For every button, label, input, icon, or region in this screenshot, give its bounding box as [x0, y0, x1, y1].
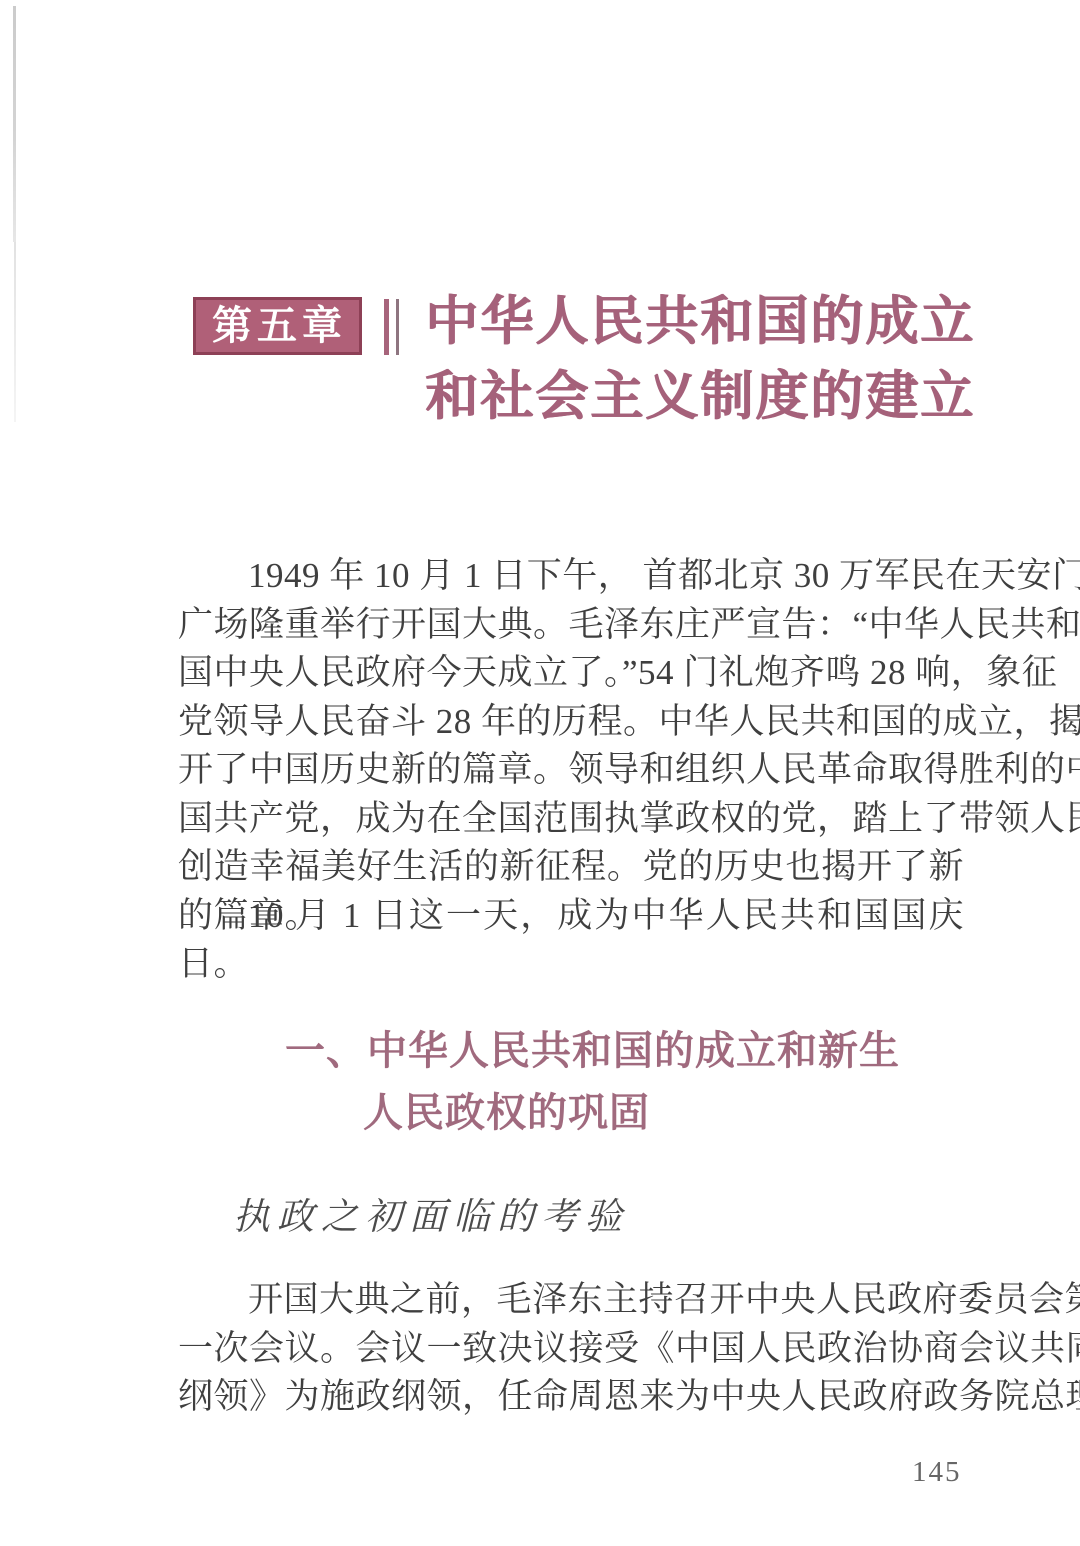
chapter-title-line2: 和社会主义制度的建立	[425, 360, 975, 435]
paragraph1-line: 国中央人民政府今天成立了。”54 门礼炮齐鸣 28 响，象征	[178, 649, 964, 698]
subsection-heading: 执政之初面临的考验	[233, 1186, 629, 1240]
page-number: 145	[912, 1456, 962, 1489]
section-heading-line2: 人民政权的巩固	[285, 1082, 900, 1144]
paragraph1-line: 广场隆重举行开国大典。毛泽东庄严宣告：“中华人民共和	[178, 601, 964, 650]
paragraph1-line: 1949 年 10 月 1 日下午， 首都北京 30 万军民在天安门	[178, 552, 964, 601]
closing-paragraph: 开国大典之前，毛泽东主持召开中央人民政府委员会第 一次会议。会议一致决议接受《中…	[178, 1276, 964, 1422]
book-page: 第五章 中华人民共和国的成立 和社会主义制度的建立 1949 年 10 月 1 …	[0, 0, 1080, 1546]
double-bar-separator-icon	[384, 299, 399, 355]
paragraph1-line: 国共产党，成为在全国范围执掌政权的党，踏上了带领人民	[178, 795, 964, 844]
chapter-header: 第五章 中华人民共和国的成立 和社会主义制度的建立	[193, 292, 975, 435]
paragraph1-line: 开了中国历史新的篇章。领导和组织人民革命取得胜利的中	[178, 746, 964, 795]
paragraph1-line: 党领导人民奋斗 28 年的历程。中华人民共和国的成立，揭	[178, 698, 964, 747]
scan-edge-artifact-faint	[14, 242, 16, 422]
section-heading-line1: 一、中华人民共和国的成立和新生	[285, 1020, 900, 1082]
paragraph3-line: 一次会议。会议一致决议接受《中国人民政治协商会议共同	[178, 1325, 964, 1374]
intro-paragraphs: 1949 年 10 月 1 日下午， 首都北京 30 万军民在天安门 广场隆重举…	[178, 552, 964, 940]
chapter-title: 中华人民共和国的成立 和社会主义制度的建立	[425, 285, 975, 435]
paragraph1-line: 创造幸福美好生活的新征程。党的历史也揭开了新的篇章。	[178, 843, 964, 892]
scan-edge-artifact	[13, 6, 16, 242]
section-heading: 一、中华人民共和国的成立和新生 人民政权的巩固	[285, 1020, 900, 1144]
chapter-title-line1: 中华人民共和国的成立	[425, 285, 975, 360]
chapter-number-badge: 第五章	[193, 297, 362, 355]
paragraph3-line: 开国大典之前，毛泽东主持召开中央人民政府委员会第	[178, 1276, 964, 1325]
paragraph3-line: 纲领》为施政纲领，任命周恩来为中央人民政府政务院总理	[178, 1373, 964, 1422]
paragraph2-line: 10 月 1 日这一天，成为中华人民共和国国庆日。	[178, 892, 964, 941]
